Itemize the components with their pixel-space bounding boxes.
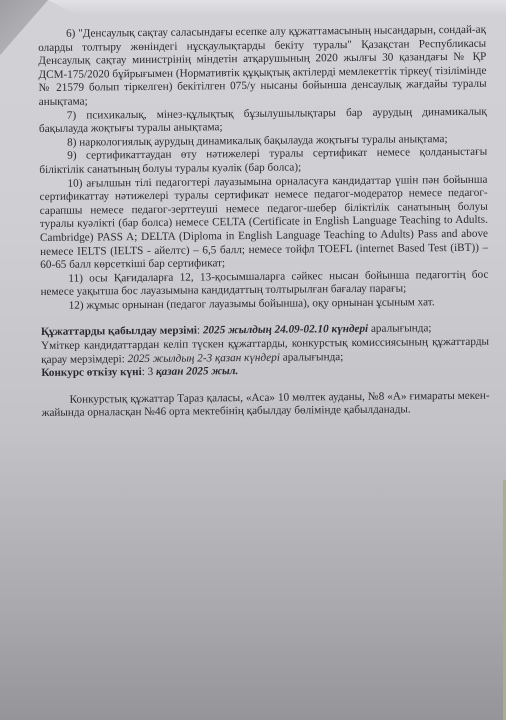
- item-text: сертификаттаудан өту нәтижелері туралы с…: [39, 146, 487, 176]
- item-text: жұмыс орнынан (педагог лауазымы бойынша)…: [86, 296, 434, 311]
- list-item-7: 7) психикалық, мінез-құлықтық бұзылушылы…: [39, 105, 487, 136]
- item-number: 12): [69, 299, 84, 311]
- review-period-value: 2025 жылдың 2-3 қазан күндері: [128, 351, 280, 364]
- contest-date-value: қазан 2025 жыл.: [156, 365, 238, 378]
- item-number: 11): [68, 272, 83, 284]
- item-number: 9): [67, 150, 76, 162]
- item-number: 8): [67, 136, 76, 148]
- acceptance-period-suffix: аралығында;: [371, 323, 432, 336]
- item-number: 6): [66, 28, 75, 40]
- paper-top-edge: [48, 0, 506, 14]
- item-text: осы Қағидаларға 12, 13-қосымшаларға сәйк…: [40, 268, 488, 298]
- address-paragraph: Конкурстық құжаттар Тараз қаласы, «Аса» …: [42, 390, 490, 421]
- list-item-11: 11) осы Қағидаларға 12, 13-қосымшаларға …: [40, 268, 488, 299]
- item-text: ағылшын тілі педагогтері лауазымына орна…: [40, 173, 489, 271]
- review-period: Үміткер кандидаттардан келіп түскен құжа…: [41, 336, 489, 367]
- contest-date-label: Конкурс өткізу күні: [41, 366, 141, 379]
- review-period-suffix: аралығында;: [283, 351, 344, 364]
- document-body: 6) "Денсаулық сақтау саласындағы есепке …: [38, 24, 490, 421]
- contest-date-day: 3: [148, 366, 154, 378]
- list-item-9: 9) сертификаттаудан өту нәтижелері турал…: [39, 146, 487, 177]
- item-number: 7): [67, 109, 76, 121]
- item-text: "Денсаулық сақтау саласындағы есепке алу…: [38, 24, 486, 108]
- list-item-10: 10) ағылшын тілі педагогтері лауазымына …: [39, 173, 488, 272]
- acceptance-period-label: Құжаттарды қабылдау мерзімі: [41, 325, 197, 338]
- acceptance-period-value: 2025 жылдың 24.09-02.10 күндері: [203, 323, 368, 337]
- item-number: 10): [67, 177, 82, 189]
- item-text: психикалық, мінез-құлықтық бұзылушылықта…: [39, 105, 487, 135]
- list-item-6: 6) "Денсаулық сақтау саласындағы есепке …: [38, 24, 487, 110]
